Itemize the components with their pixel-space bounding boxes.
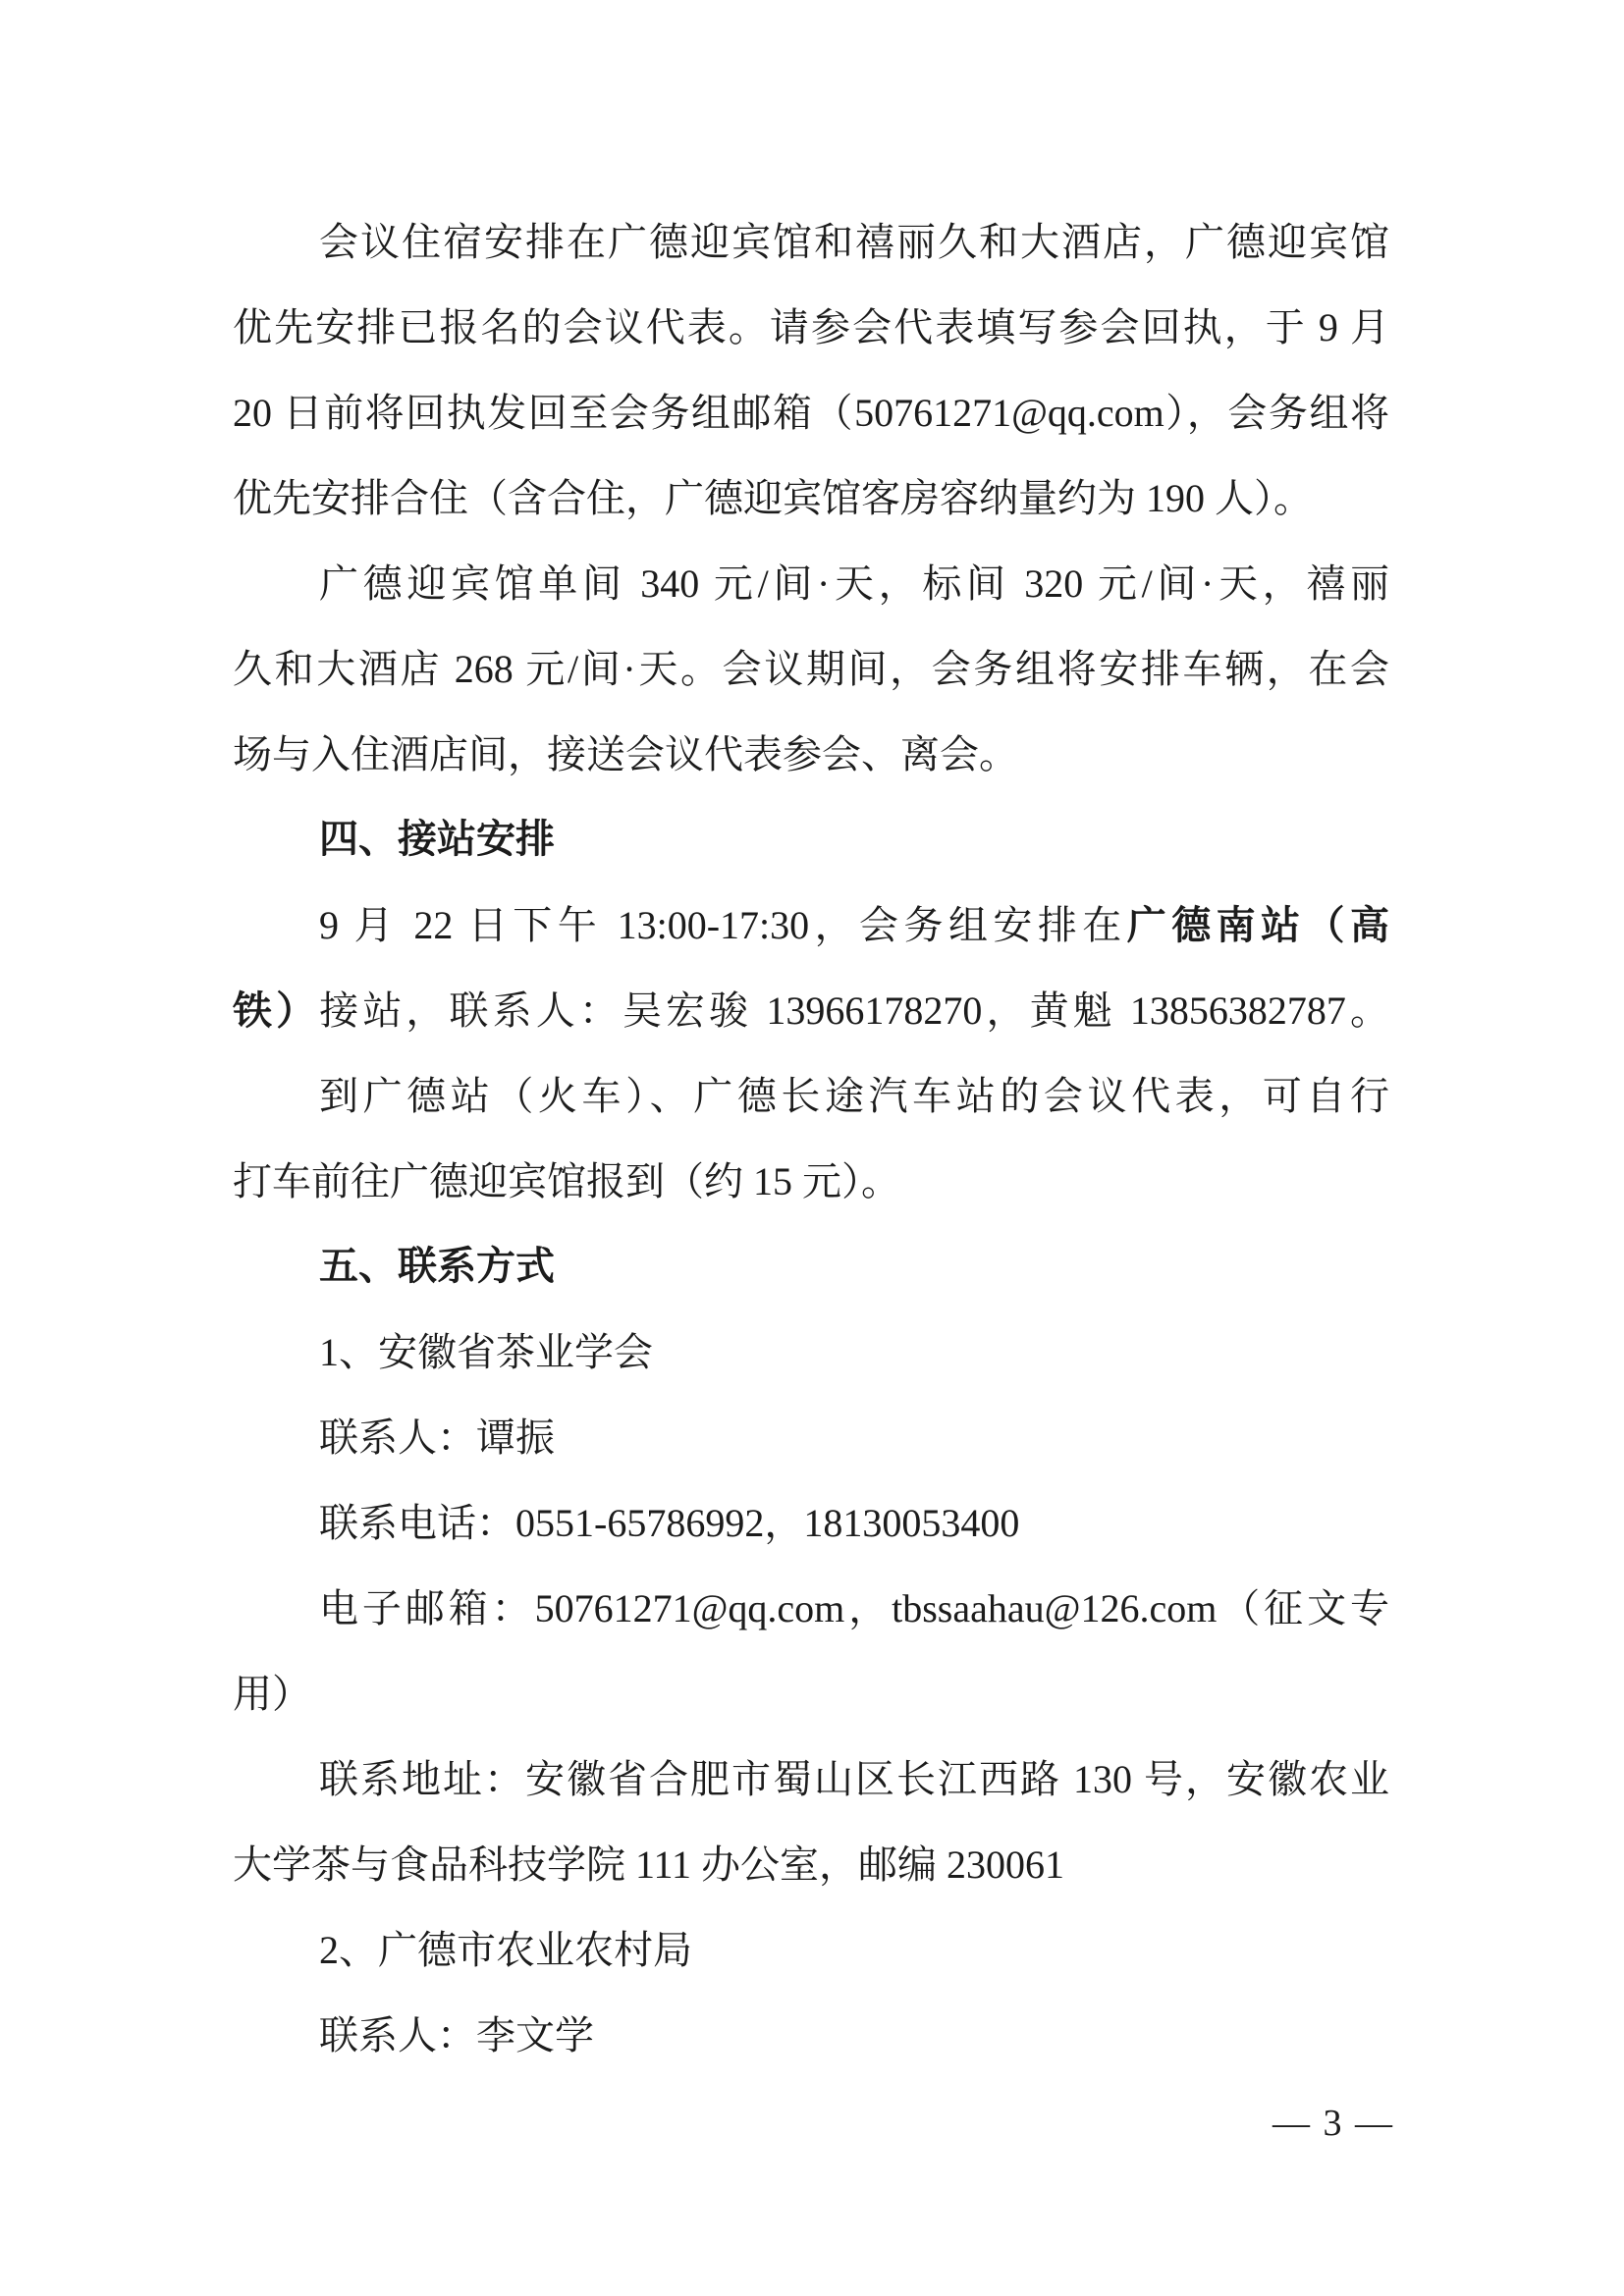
contact1-email-line-1: 电子邮箱：50761271@qq.com，tbssaahau@126.com（征…	[233, 1566, 1389, 1651]
pickup-line-1-bold: 广德南站（高	[1127, 904, 1389, 947]
document-page: 会议住宿安排在广德迎宾馆和禧丽久和大酒店，广德迎宾馆 优先安排已报名的会议代表。…	[0, 0, 1624, 2296]
contact1-organization: 1、安徽省茶业学会	[233, 1309, 1389, 1395]
pickup-line-1-regular: 9 月 22 日下午 13:00-17:30，会务组安排在	[319, 903, 1127, 947]
paragraph-price-line-1: 广德迎宾馆单间 340 元/间·天，标间 320 元/间·天，禧丽	[233, 541, 1389, 626]
contact1-address-line-1: 联系地址：安徽省合肥市蜀山区长江西路 130 号，安徽农业	[233, 1736, 1389, 1822]
paragraph-accommodation-line-4: 优先安排合住（含合住，广德迎宾馆客房容纳量约为 190 人）。	[233, 455, 1389, 541]
pickup-line-2-bold: 铁）	[233, 989, 319, 1033]
contact1-phone: 联系电话：0551-65786992，18130053400	[233, 1480, 1389, 1566]
section-heading-pickup: 四、接站安排	[233, 797, 1389, 882]
paragraph-price-line-3: 场与入住酒店间，接送会议代表参会、离会。	[233, 712, 1389, 797]
paragraph-selfarrival-line-2: 打车前往广德迎宾馆报到（约 15 元）。	[233, 1139, 1389, 1224]
paragraph-price-line-2: 久和大酒店 268 元/间·天。会议期间，会务组将安排车辆，在会	[233, 626, 1389, 712]
paragraph-pickup-line-1: 9 月 22 日下午 13:00-17:30，会务组安排在广德南站（高	[233, 882, 1389, 968]
contact1-person: 联系人：谭振	[233, 1395, 1389, 1480]
paragraph-accommodation-line-3: 20 日前将回执发回至会务组邮箱（50761271@qq.com），会务组将	[233, 370, 1389, 455]
page-number: — 3 —	[1272, 2089, 1394, 2158]
paragraph-accommodation-line-2: 优先安排已报名的会议代表。请参会代表填写参会回执，于 9 月	[233, 285, 1389, 370]
section-heading-contacts: 五、联系方式	[233, 1224, 1389, 1309]
paragraph-pickup-line-2: 铁）接站，联系人：吴宏骏 13966178270，黄魁 13856382787。	[233, 968, 1389, 1053]
contact2-organization: 2、广德市农业农村局	[233, 1907, 1389, 1993]
body-text: 会议住宿安排在广德迎宾馆和禧丽久和大酒店，广德迎宾馆 优先安排已报名的会议代表。…	[233, 199, 1389, 2078]
contact1-address-line-2: 大学茶与食品科技学院 111 办公室，邮编 230061	[233, 1822, 1389, 1907]
pickup-line-2-regular: 接站，联系人：吴宏骏 13966178270，黄魁 13856382787。	[319, 988, 1389, 1033]
contact1-email-line-2: 用）	[233, 1651, 1389, 1736]
paragraph-accommodation-line-1: 会议住宿安排在广德迎宾馆和禧丽久和大酒店，广德迎宾馆	[233, 199, 1389, 285]
contact2-person: 联系人：李文学	[233, 1993, 1389, 2078]
paragraph-selfarrival-line-1: 到广德站（火车）、广德长途汽车站的会议代表，可自行	[233, 1053, 1389, 1139]
